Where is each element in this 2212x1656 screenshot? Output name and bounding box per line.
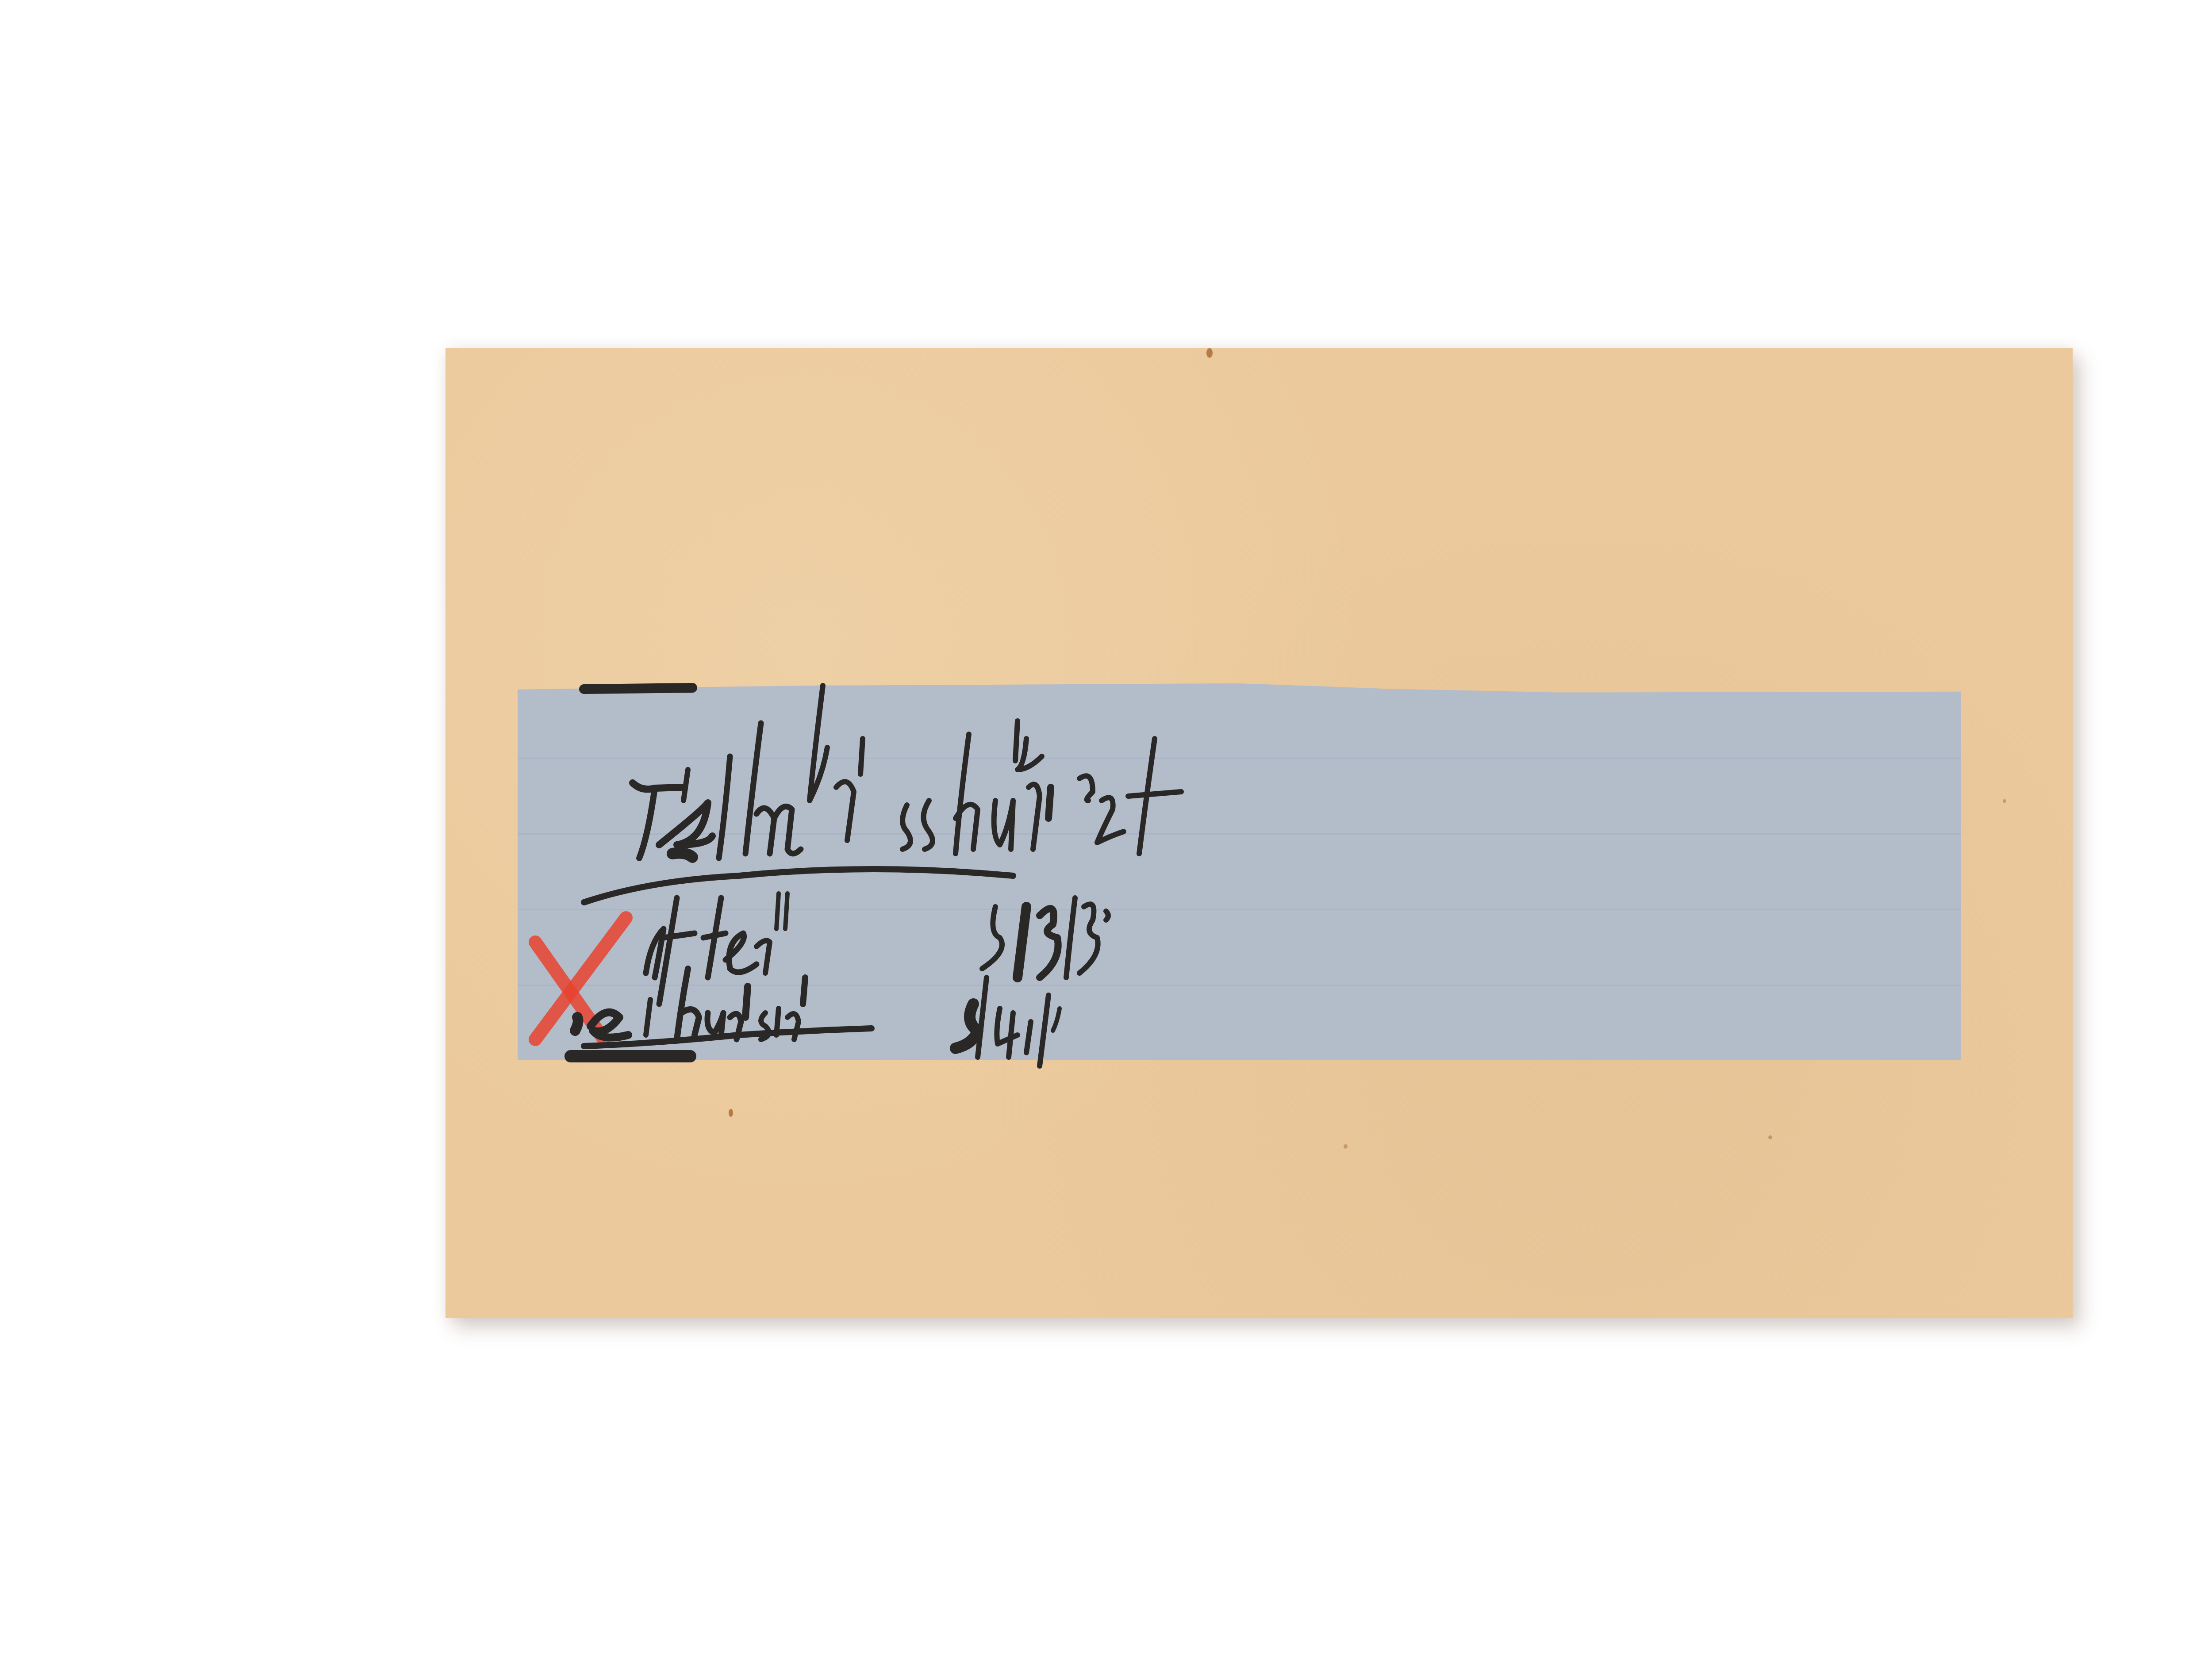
paper-speck (1768, 1135, 1772, 1139)
tab-mark-top (584, 688, 692, 689)
line-1 (584, 686, 1181, 902)
paper-speck (729, 1109, 733, 1117)
paper-speck (1206, 348, 1213, 358)
paper-speck (2003, 799, 2006, 803)
line-2 (646, 893, 1108, 1004)
paper-speck (1344, 1144, 1348, 1149)
handwriting (518, 668, 1961, 1066)
